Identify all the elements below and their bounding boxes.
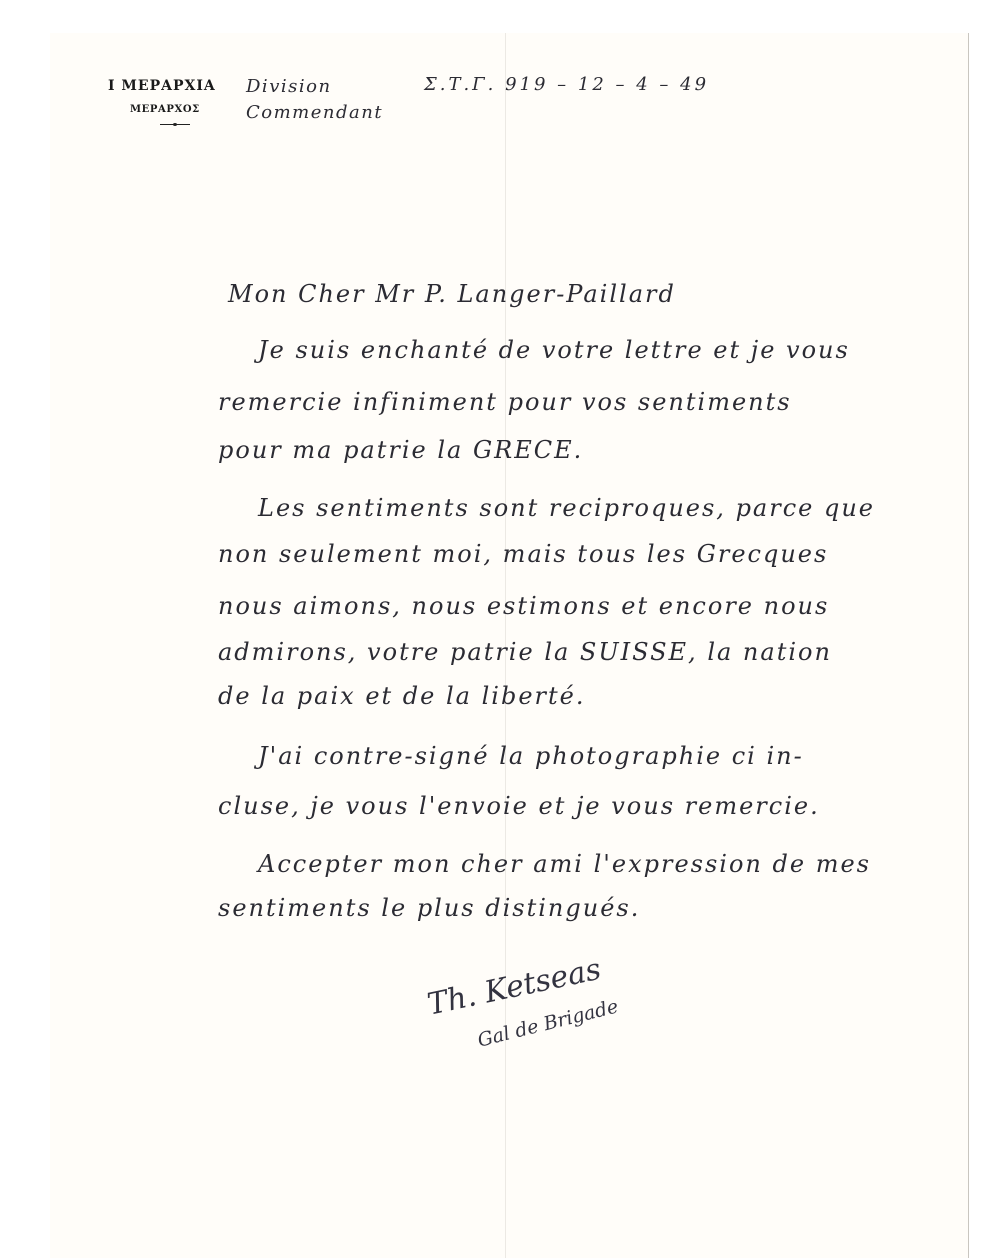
letter-line-12: sentiments le plus distingués. xyxy=(218,894,640,922)
letter-line-7: admirons, votre patrie la SUISSE, la nat… xyxy=(218,638,832,666)
letterhead: I ΜΕΡΑΡΧΙΑ ΜΕΡΑΡΧΟΣ xyxy=(108,78,216,94)
reference-number: Σ.Τ.Γ. 919 – 12 – 4 – 49 xyxy=(424,74,709,95)
salutation: Mon Cher Mr P. Langer-Paillard xyxy=(228,280,676,308)
letter-line-9: J'ai contre-signé la photographie ci in- xyxy=(258,742,804,770)
handwritten-title: Commendant xyxy=(246,102,383,123)
letter-line-6: nous aimons, nous estimons et encore nou… xyxy=(218,592,829,620)
letter-line-3: pour ma patrie la GRECE. xyxy=(218,436,583,464)
letter-line-1: Je suis enchanté de votre lettre et je v… xyxy=(258,336,850,364)
letterhead-unit: I ΜΕΡΑΡΧΙΑ xyxy=(108,78,216,94)
letter-line-2: remercie infiniment pour vos sentiments xyxy=(218,388,792,416)
letter-line-8: de la paix et de la liberté. xyxy=(218,682,585,710)
letter-line-10: cluse, je vous l'envoie et je vous remer… xyxy=(218,792,820,820)
letterhead-title: ΜΕΡΑΡΧΟΣ xyxy=(130,104,200,115)
letter-line-4: Les sentiments sont reciproques, parce q… xyxy=(258,494,875,522)
letter-line-11: Accepter mon cher ami l'expression de me… xyxy=(258,850,871,878)
handwritten-unit: Division xyxy=(246,76,332,97)
letterhead-ornament-rule xyxy=(160,124,190,125)
letter-line-5: non seulement moi, mais tous les Grecque… xyxy=(218,540,828,568)
